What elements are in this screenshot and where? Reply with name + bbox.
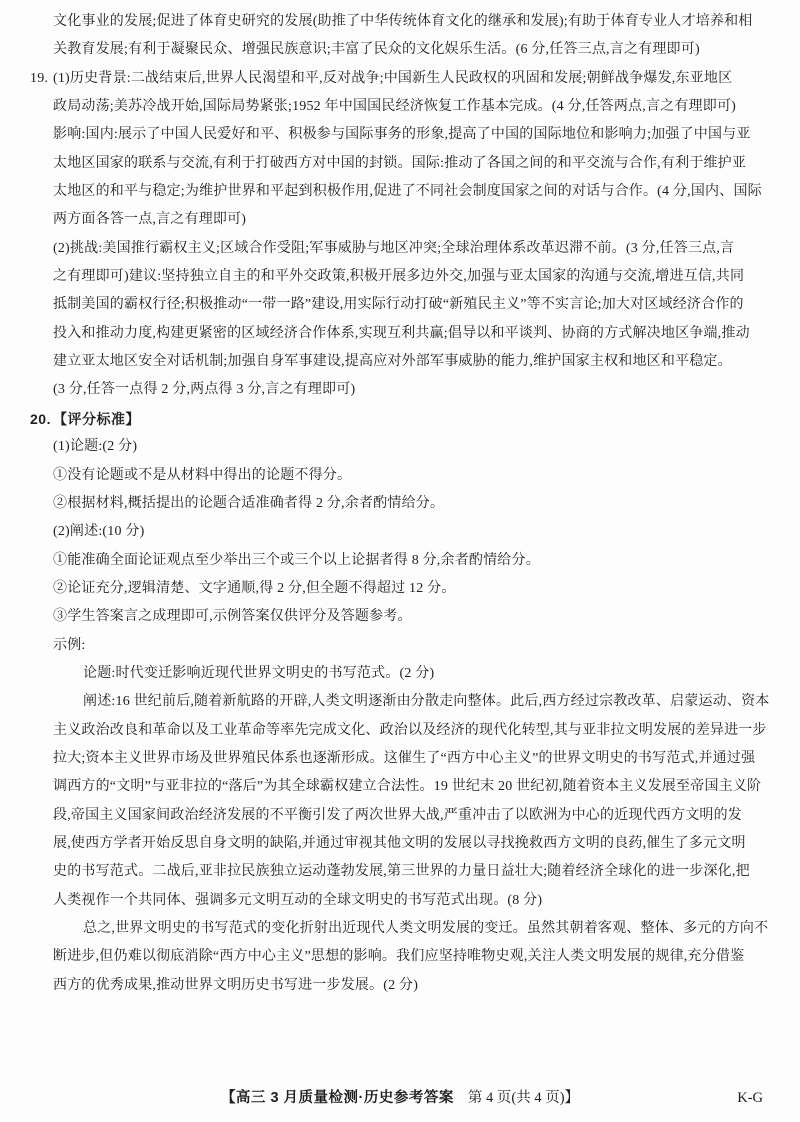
text-line: ①没有论题或不是从材料中得出的论题不得分。 bbox=[0, 462, 800, 490]
line-text: 人类视作一个共同体、强调多元文明互动的全球文明史的书写范式出现。(8 分) bbox=[53, 893, 542, 908]
text-line: 调西方的“文明”与亚非拉的“落后”为其全球霸权建立合法性。19 世纪末 20 世… bbox=[0, 773, 800, 801]
text-line: 抵制美国的霸权行径;积极推动“一带一路”建设,用实际行动打破“新殖民主义”等不实… bbox=[0, 291, 800, 319]
numbered-line: 20.【评分标准】 bbox=[0, 405, 800, 433]
text-line: 投入和推动力度,构建更紧密的区域经济合作体系,实现互利共赢;倡导以和平谈判、协商… bbox=[0, 320, 800, 348]
line-text: 政局动荡;美苏冷战开始,国际局势紧张;1952 年中国国民经济恢复工作基本完成。… bbox=[53, 99, 736, 114]
footer-exam-title: 【高三 3 月质量检测·历史参考答案 bbox=[221, 1090, 454, 1106]
line-text: ①没有论题或不是从材料中得出的论题不得分。 bbox=[53, 468, 351, 483]
text-line: 史的书写范式。二战后,亚非拉民族独立运动蓬勃发展,第三世界的力量日益壮大;随着经… bbox=[0, 858, 800, 886]
line-text: ①能准确全面论证观点至少举出三个或三个以上论据者得 8 分,余者酌情给分。 bbox=[53, 553, 540, 568]
text-line: 西方的优秀成果,推动世界文明历史书写进一步发展。(2 分) bbox=[0, 972, 800, 1000]
line-text: 【评分标准】 bbox=[53, 411, 140, 427]
line-text: (2)挑战:美国推行霸权主义;区域合作受阻;军事威胁与地区冲突;全球治理体系改革… bbox=[53, 241, 734, 256]
line-text: 拉大;资本主义世界市场及世界殖民体系也逐渐形成。这催生了“西方中心主义”的世界文… bbox=[53, 751, 755, 766]
line-text: 史的书写范式。二战后,亚非拉民族独立运动蓬勃发展,第三世界的力量日益壮大;随着经… bbox=[53, 864, 750, 879]
line-text: 主义政治改良和革命以及工业革命等率先完成文化、政治以及经济的现代化转型,其与亚非… bbox=[53, 723, 767, 738]
text-line: 拉大;资本主义世界市场及世界殖民体系也逐渐形成。这催生了“西方中心主义”的世界文… bbox=[0, 745, 800, 773]
line-text: ③学生答案言之成理即可,示例答案仅供评分及答题参考。 bbox=[53, 609, 412, 624]
footer-page-number: 第 4 页(共 4 页)】 bbox=[468, 1090, 579, 1106]
line-text: 之有理即可)建议:坚持独立自主的和平外交政策,积极开展多边外交,加强与亚太国家的… bbox=[53, 269, 744, 284]
line-text: 关教育发展;有利于凝聚民众、增强民族意识;丰富了民众的文化娱乐生活。(6 分,任… bbox=[53, 42, 700, 57]
text-line: 主义政治改良和革命以及工业革命等率先完成文化、政治以及经济的现代化转型,其与亚非… bbox=[0, 717, 800, 745]
line-text: 西方的优秀成果,推动世界文明历史书写进一步发展。(2 分) bbox=[53, 978, 418, 993]
line-text: ②根据材料,概括提出的论题合适准确者得 2 分,余者酌情给分。 bbox=[53, 496, 444, 511]
item-number: 20. bbox=[30, 405, 51, 433]
line-text: ②论证充分,逻辑清楚、文字通顺,得 2 分,但全题不得超过 12 分。 bbox=[53, 581, 456, 596]
text-line: 论题:时代变迁影响近现代世界文明史的书写范式。(2 分) bbox=[0, 660, 800, 688]
text-line: 太地区国家的联系与交流,有利于打破西方对中国的封锁。国际:推动了各国之间的和平交… bbox=[0, 150, 800, 178]
line-text: 投入和推动力度,构建更紧密的区域经济合作体系,实现互利共赢;倡导以和平谈判、协商… bbox=[53, 326, 750, 341]
text-line: 总之,世界文明史的书写范式的变化折射出近现代人类文明发展的变迁。虽然其朝着客观、… bbox=[0, 915, 800, 943]
text-line: (1)论题:(2 分) bbox=[0, 433, 800, 461]
line-text: 抵制美国的霸权行径;积极推动“一带一路”建设,用实际行动打破“新殖民主义”等不实… bbox=[53, 297, 744, 312]
line-text: 太地区国家的联系与交流,有利于打破西方对中国的封锁。国际:推动了各国之间的和平交… bbox=[53, 156, 746, 171]
line-text: 论题:时代变迁影响近现代世界文明史的书写范式。(2 分) bbox=[83, 666, 434, 681]
text-line: 阐述:16 世纪前后,随着新航路的开辟,人类文明逐渐由分散走向整体。此后,西方经… bbox=[0, 688, 800, 716]
text-line: 断进步,但仍难以彻底消除“西方中心主义”思想的影响。我们应坚持唯物史观,关注人类… bbox=[0, 943, 800, 971]
text-line: 影响:国内:展示了中国人民爱好和平、积极参与国际事务的形象,提高了中国的国际地位… bbox=[0, 121, 800, 149]
line-text: 太地区的和平与稳定;为维护世界和平起到积极作用,促进了不同社会制度国家之间的对话… bbox=[53, 184, 762, 199]
footer-code: K-G bbox=[737, 1086, 763, 1110]
line-text: (2)阐述:(10 分) bbox=[53, 524, 144, 539]
text-line: ③学生答案言之成理即可,示例答案仅供评分及答题参考。 bbox=[0, 603, 800, 631]
item-number: 19. bbox=[30, 65, 48, 93]
line-text: 展,使西方学者开始反思自身文明的缺陷,并通过审视其他文明的发展以寻找挽救西方文明… bbox=[53, 836, 746, 851]
line-text: 建立亚太地区安全对话机制;加强自身军事建设,提高应对外部军事威胁的能力,维护国家… bbox=[53, 354, 732, 369]
line-text: 两方面各答一点,言之有理即可) bbox=[53, 212, 246, 227]
text-line: 政局动荡;美苏冷战开始,国际局势紧张;1952 年中国国民经济恢复工作基本完成。… bbox=[0, 93, 800, 121]
text-line: ②根据材料,概括提出的论题合适准确者得 2 分,余者酌情给分。 bbox=[0, 490, 800, 518]
text-line: ②论证充分,逻辑清楚、文字通顺,得 2 分,但全题不得超过 12 分。 bbox=[0, 575, 800, 603]
line-text: 阐述:16 世纪前后,随着新航路的开辟,人类文明逐渐由分散走向整体。此后,西方经… bbox=[83, 694, 770, 709]
text-line: 建立亚太地区安全对话机制;加强自身军事建设,提高应对外部军事威胁的能力,维护国家… bbox=[0, 348, 800, 376]
footer-title: 【高三 3 月质量检测·历史参考答案第 4 页(共 4 页)】 bbox=[0, 1086, 800, 1110]
numbered-line: 19.(1)历史背景:二战结束后,世界人民渴望和平,反对战争;中国新生人民政权的… bbox=[0, 65, 800, 93]
line-text: 调西方的“文明”与亚非拉的“落后”为其全球霸权建立合法性。19 世纪末 20 世… bbox=[53, 779, 761, 794]
text-line: (2)挑战:美国推行霸权主义;区域合作受阻;军事威胁与地区冲突;全球治理体系改革… bbox=[0, 235, 800, 263]
line-text: (1)论题:(2 分) bbox=[53, 439, 137, 454]
line-text: 文化事业的发展;促进了体育史研究的发展(助推了中华传统体育文化的继承和发展);有… bbox=[53, 14, 753, 29]
line-text: (1)历史背景:二战结束后,世界人民渴望和平,反对战争;中国新生人民政权的巩固和… bbox=[53, 71, 732, 86]
line-text: 断进步,但仍难以彻底消除“西方中心主义”思想的影响。我们应坚持唯物史观,关注人类… bbox=[53, 949, 744, 964]
text-line: 示例: bbox=[0, 632, 800, 660]
text-line: 之有理即可)建议:坚持独立自主的和平外交政策,积极开展多边外交,加强与亚太国家的… bbox=[0, 263, 800, 291]
line-text: (3 分,任答一点得 2 分,两点得 3 分,言之有理即可) bbox=[53, 382, 355, 397]
text-line: ①能准确全面论证观点至少举出三个或三个以上论据者得 8 分,余者酌情给分。 bbox=[0, 547, 800, 575]
text-line: 文化事业的发展;促进了体育史研究的发展(助推了中华传统体育文化的继承和发展);有… bbox=[0, 8, 800, 36]
line-text: 总之,世界文明史的书写范式的变化折射出近现代人类文明发展的变迁。虽然其朝着客观、… bbox=[83, 921, 768, 936]
line-text: 示例: bbox=[53, 638, 86, 653]
line-text: 段,帝国主义国家间政治经济发展的不平衡引发了两次世界大战,严重冲击了以欧洲为中心… bbox=[53, 808, 742, 823]
text-line: 关教育发展;有利于凝聚民众、增强民族意识;丰富了民众的文化娱乐生活。(6 分,任… bbox=[0, 36, 800, 64]
text-line: 段,帝国主义国家间政治经济发展的不平衡引发了两次世界大战,严重冲击了以欧洲为中心… bbox=[0, 802, 800, 830]
text-line: 展,使西方学者开始反思自身文明的缺陷,并通过审视其他文明的发展以寻找挽救西方文明… bbox=[0, 830, 800, 858]
answer-document: 文化事业的发展;促进了体育史研究的发展(助推了中华传统体育文化的继承和发展);有… bbox=[0, 8, 800, 1000]
text-line: 两方面各答一点,言之有理即可) bbox=[0, 206, 800, 234]
text-line: 人类视作一个共同体、强调多元文明互动的全球文明史的书写范式出现。(8 分) bbox=[0, 887, 800, 915]
text-line: (3 分,任答一点得 2 分,两点得 3 分,言之有理即可) bbox=[0, 376, 800, 404]
line-text: 影响:国内:展示了中国人民爱好和平、积极参与国际事务的形象,提高了中国的国际地位… bbox=[53, 127, 751, 142]
text-line: 太地区的和平与稳定;为维护世界和平起到积极作用,促进了不同社会制度国家之间的对话… bbox=[0, 178, 800, 206]
text-line: (2)阐述:(10 分) bbox=[0, 518, 800, 546]
page-footer: 【高三 3 月质量检测·历史参考答案第 4 页(共 4 页)】 K-G bbox=[0, 1086, 800, 1110]
